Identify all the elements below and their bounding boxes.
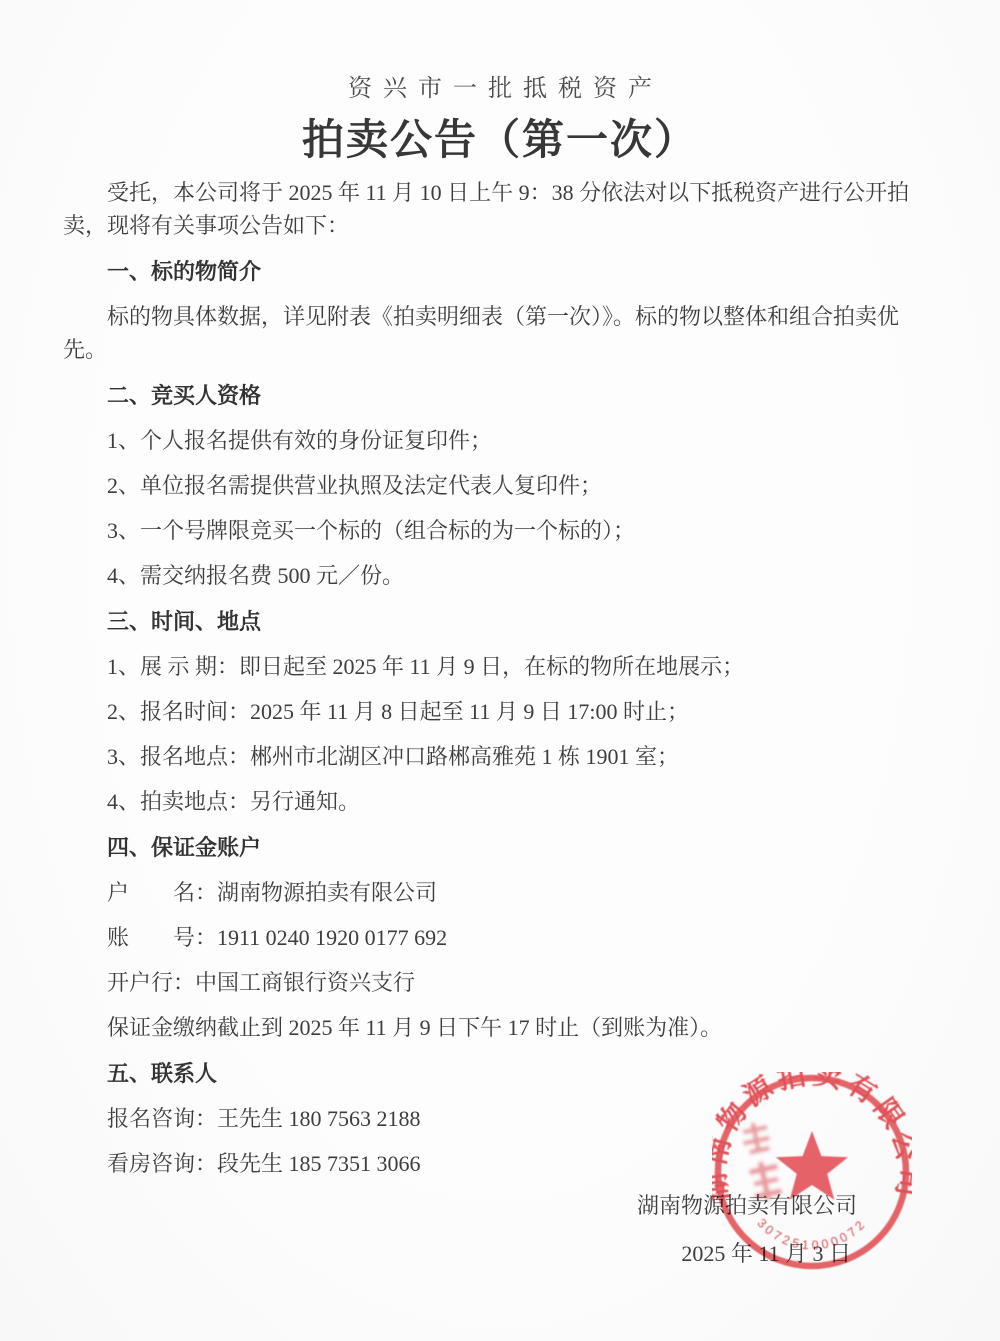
intro-paragraph: 受托，本公司将于 2025 年 11 月 10 日上午 9：38 分依法对以下抵… bbox=[63, 176, 937, 242]
signature-date: 2025 年 11 月 3 日 bbox=[63, 1237, 937, 1270]
section-paragraph: 标的物具体数据，详见附表《拍卖明细表（第一次）》。标的物以整体和组合拍卖优先。 bbox=[63, 300, 937, 366]
list-item: 1、个人报名提供有效的身份证复印件； bbox=[63, 424, 937, 457]
document-title: 拍卖公告（第一次） bbox=[63, 116, 937, 164]
contact-line-viewing: 看房咨询：段先生 185 7351 3066 bbox=[63, 1147, 937, 1180]
signature-company: 湖南物源拍卖有限公司 bbox=[63, 1189, 937, 1222]
section-heading-contacts: 五、联系人 bbox=[63, 1057, 937, 1090]
account-number-line: 账 号：1911 0240 1920 0177 692 bbox=[63, 921, 937, 954]
list-item: 3、报名地点：郴州市北湖区冲口路郴高雅苑 1 栋 1901 室； bbox=[63, 740, 937, 773]
section-heading-time-place: 三、时间、地点 bbox=[63, 605, 937, 638]
list-item: 1、展 示 期：即日起至 2025 年 11 月 9 日，在标的物所在地展示； bbox=[63, 650, 937, 683]
account-bank-line: 开户行：中国工商银行资兴支行 bbox=[63, 966, 937, 999]
section-heading-bidder-qualifications: 二、竞买人资格 bbox=[63, 379, 937, 412]
document-content: 资兴市一批抵税资产 拍卖公告（第一次） 受托，本公司将于 2025 年 11 月… bbox=[0, 0, 1000, 1270]
deposit-deadline-line: 保证金缴纳截止到 2025 年 11 月 9 日下午 17 时止（到账为准）。 bbox=[63, 1011, 937, 1044]
document-subtitle: 资兴市一批抵税资产 bbox=[63, 74, 937, 104]
section-heading-targets: 一、标的物简介 bbox=[63, 255, 937, 288]
account-name-line: 户 名：湖南物源拍卖有限公司 bbox=[63, 876, 937, 909]
list-item: 3、一个号牌限竞买一个标的（组合标的为一个标的）； bbox=[63, 514, 937, 547]
list-item: 4、拍卖地点：另行通知。 bbox=[63, 785, 937, 818]
contact-line-registration: 报名咨询：王先生 180 7563 2188 bbox=[63, 1102, 937, 1135]
list-item: 2、报名时间：2025 年 11 月 8 日起至 11 月 9 日 17:00 … bbox=[63, 695, 937, 728]
list-item: 2、单位报名需提供营业执照及法定代表人复印件； bbox=[63, 469, 937, 502]
section-heading-deposit-account: 四、保证金账户 bbox=[63, 831, 937, 864]
auction-notice-document: 资兴市一批抵税资产 拍卖公告（第一次） 受托，本公司将于 2025 年 11 月… bbox=[0, 0, 1000, 1341]
list-item: 4、需交纳报名费 500 元／份。 bbox=[63, 559, 937, 592]
